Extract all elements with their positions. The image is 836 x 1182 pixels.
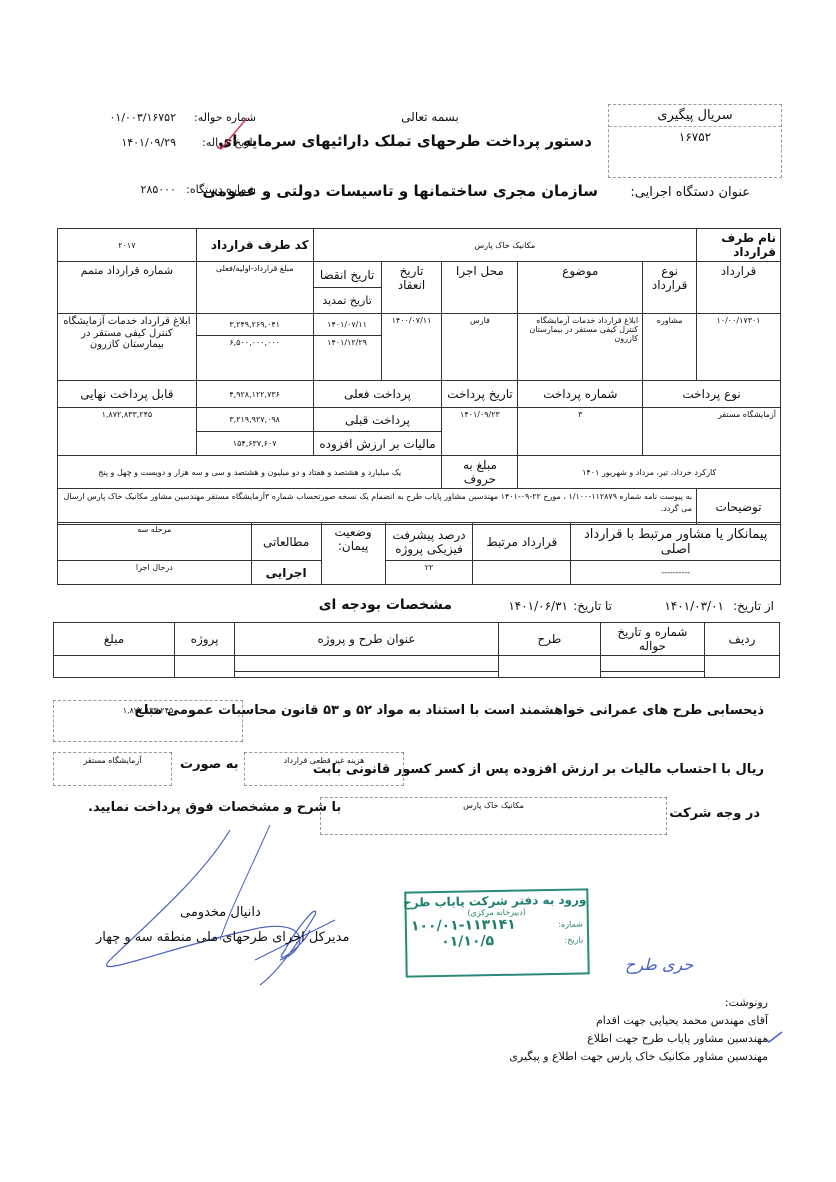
contract-type-value: مشاوره bbox=[643, 314, 697, 381]
progress-value: ۲۲ bbox=[385, 561, 473, 585]
vat-label: مالیات بر ارزش افزوده bbox=[313, 432, 442, 456]
contract-number-value: ۱۰/۰۰/۱۷۳۰۱ bbox=[697, 314, 781, 381]
period-from-label: از تاریخ: bbox=[733, 599, 774, 613]
previous-payment-value: ۳,۲۱۹,۹۲۷,۰۹۸ bbox=[196, 408, 313, 432]
cc-item-3: مهندسین مشاور مکانیک خاک پارس جهت اطلاع … bbox=[509, 1050, 768, 1063]
reason-box-value: هزینه غیر قطعی قرارداد bbox=[245, 753, 403, 765]
progress-label: درصد پیشرفت فیزیکی پروژه bbox=[385, 523, 473, 561]
receipt-stamp: ورود به دفتر شرکت پایاب طرح (دبیرخانه مر… bbox=[404, 888, 589, 977]
payment-date-label: تاریخ پرداخت bbox=[442, 381, 518, 408]
notes-label: توضیحات bbox=[697, 489, 781, 525]
exec-label: اجرایی bbox=[251, 561, 321, 585]
related-contract-value bbox=[473, 561, 571, 585]
budget-header-row-number: ردیف bbox=[705, 623, 780, 656]
as-label: به صورت bbox=[180, 757, 239, 772]
budget-cell bbox=[705, 656, 780, 678]
tracking-serial-box: سریال پیگیری ۱۶۷۵۲ bbox=[608, 104, 782, 178]
contract-type-label: نوع قرارداد bbox=[643, 262, 697, 314]
current-payment-label: پرداخت فعلی bbox=[313, 381, 442, 408]
budget-header-remittance: شماره و تاریخ حواله bbox=[600, 623, 704, 656]
party-code-value: ۲۰۱۷ bbox=[58, 229, 197, 262]
budget-table: ردیف شماره و تاریخ حواله طرح عنوان طرح و… bbox=[53, 622, 780, 678]
page-title: دستور پرداخت طرحهای تملک دارائیهای سرمای… bbox=[262, 132, 592, 150]
amount-initial-value: ۳,۲۴۹,۲۶۹,۰۴۱ bbox=[196, 314, 313, 336]
amount-box-value: ۱,۸۷۲,۸۳۳,۲۴۵ bbox=[54, 701, 242, 715]
study-label: مطالعاتی bbox=[251, 523, 321, 561]
progress-table: پیمانکار یا مشاور مرتبط با قرارداد اصلی … bbox=[57, 522, 781, 585]
budget-title: مشخصات بودجه ای bbox=[319, 597, 452, 613]
remittance-number-label: شماره حواله: bbox=[194, 111, 256, 124]
stamp-number-value: ۱۰۰/۰۱-۱۱۳۱۴۱ bbox=[411, 917, 516, 935]
as-box-value: آزمایشگاه مستقر bbox=[54, 753, 171, 765]
amount-words-value: یک میلیارد و هشتصد و هفتاد و دو میلیون و… bbox=[58, 456, 442, 489]
party-name-value: مکانیک خاک پارس bbox=[313, 229, 697, 262]
handwritten-note: حری طرح bbox=[625, 955, 693, 974]
related-contract-label: قرارداد مرتبط bbox=[473, 523, 571, 561]
party-code-label: کد طرف قرارداد bbox=[196, 229, 313, 262]
device-number-value: ۲۸۵۰۰۰ bbox=[141, 183, 176, 196]
payment-type-value: آزمایشگاه مستقر bbox=[643, 408, 781, 456]
contract-number-label: قرارداد bbox=[697, 262, 781, 314]
remittance-number-value: ۰۱/۰۰۳/۱۶۷۵۲ bbox=[110, 111, 177, 124]
contract-status-label: وضعیت پیمان: bbox=[321, 523, 385, 585]
tracking-serial-label: سریال پیگیری bbox=[609, 105, 781, 127]
budget-header-title: عنوان طرح و پروژه bbox=[235, 623, 499, 656]
budget-cell bbox=[600, 656, 704, 678]
amount-label: مبلغ قرارداد-اولیه/فعلی bbox=[196, 262, 313, 314]
period-to-label: تا تاریخ: bbox=[573, 599, 612, 613]
reason-box: هزینه غیر قطعی قرارداد bbox=[244, 752, 404, 786]
budget-cell bbox=[174, 656, 234, 678]
expiry-date-value: ۱۴۰۱/۰۷/۱۱ bbox=[313, 314, 381, 336]
body-line-3-suffix: با شرح و مشخصات فوق پرداخت نمایید. bbox=[88, 800, 341, 815]
stamp-number-label: شماره: bbox=[558, 919, 583, 928]
budget-cell bbox=[498, 656, 600, 678]
location-value: فارس bbox=[442, 314, 518, 381]
signatory-name: دانیال مخدومی bbox=[180, 905, 261, 920]
expiry-date-label: تاریخ انقضا bbox=[313, 262, 381, 288]
cc-label: رونوشت: bbox=[725, 996, 768, 1009]
period-from-value: ۱۴۰۱/۰۳/۰۱ bbox=[664, 599, 724, 613]
exec-value: درحال اجرا bbox=[58, 561, 252, 585]
amount-current-value: ۶,۵۰۰,۰۰۰,۰۰۰ bbox=[196, 336, 313, 381]
final-payable-label: قابل پرداخت نهایی bbox=[58, 381, 197, 408]
period-to-value: ۱۴۰۱/۰۶/۳۱ bbox=[508, 599, 568, 613]
payment-type-label: نوع پرداخت bbox=[643, 381, 781, 408]
study-value: مرحله سه bbox=[58, 523, 252, 561]
extension-date-label: تاریخ تمدید bbox=[313, 288, 381, 314]
stamp-date-label: تاریخ: bbox=[564, 935, 583, 944]
notes-value: به پیوست نامه شماره ۱۱۲۸۷۹-۱/۱۰۰ ، مورخ … bbox=[58, 489, 697, 525]
body-line-3-prefix: در وجه شرکت bbox=[669, 806, 760, 821]
company-box: مکانیک خاک پارس bbox=[320, 797, 667, 835]
supplement-label: شماره قرارداد متمم bbox=[58, 262, 197, 314]
cc-item-1: آقای مهندس محمد یحیایی جهت اقدام bbox=[596, 1014, 768, 1027]
bismillah: بسمه تعالی bbox=[370, 110, 490, 124]
signatory-title: مدیرکل اجرای طرحهای ملی منطقه سه و چهار bbox=[96, 930, 349, 945]
company-box-value: مکانیک خاک پارس bbox=[321, 798, 666, 810]
subject-value: ابلاغ قرارداد خدمات آزمایشگاه کنترل کیفی… bbox=[518, 314, 643, 381]
agency-name: سازمان مجری ساختمانها و تاسیسات دولتی و … bbox=[268, 182, 598, 200]
location-label: محل اجرا bbox=[442, 262, 518, 314]
stamp-line-1: ورود به دفتر شرکت پایاب طرح bbox=[406, 890, 586, 909]
work-period: کارکرد خرداد، تیر، مرداد و شهریور ۱۴۰۱ bbox=[518, 456, 781, 489]
payment-date-value: ۱۴۰۱/۰۹/۲۳ bbox=[442, 408, 518, 456]
contractor-label: پیمانکار یا مشاور مرتبط با قرارداد اصلی bbox=[571, 523, 781, 561]
contract-table: نام طرف قرارداد مکانیک خاک پارس کد طرف ق… bbox=[57, 228, 781, 525]
payment-number-value: ۳ bbox=[518, 408, 643, 456]
cc-item-2: مهندسین مشاور پایاب طرح جهت اطلاع bbox=[587, 1032, 768, 1045]
payment-number-label: شماره پرداخت bbox=[518, 381, 643, 408]
previous-payment-label: پرداخت قبلی bbox=[313, 408, 442, 432]
subject-label: موضوع bbox=[518, 262, 643, 314]
amount-box: ۱,۸۷۲,۸۳۳,۲۴۵ bbox=[53, 700, 243, 742]
stamp-date-value: ۰۱/۱۰/۵ bbox=[441, 933, 494, 950]
budget-header-amount: مبلغ bbox=[54, 623, 175, 656]
party-name-label: نام طرف قرارداد bbox=[697, 229, 781, 262]
final-payable-value: ۱,۸۷۲,۸۳۳,۲۴۵ bbox=[58, 408, 197, 456]
contractor-value: ---------- bbox=[571, 561, 781, 585]
amount-words-label: مبلغ به حروف bbox=[442, 456, 518, 489]
remittance-date-value: ۱۴۰۱/۰۹/۲۹ bbox=[121, 136, 176, 149]
sign-date-label: تاریخ انعقاد bbox=[381, 262, 442, 314]
agency-label: عنوان دستگاه اجرایی: bbox=[630, 185, 750, 200]
budget-cell bbox=[54, 656, 175, 678]
sign-date-value: ۱۴۰۰/۰۷/۱۱ bbox=[381, 314, 442, 381]
extension-date-value: ۱۴۰۱/۱۲/۲۹ bbox=[313, 336, 381, 381]
current-payment-value: ۴,۹۲۸,۱۲۲,۷۳۶ bbox=[196, 381, 313, 408]
supplement-value: ابلاغ قرارداد خدمات آزمایشگاه کنترل کیفی… bbox=[58, 314, 197, 381]
vat-value: ۱۵۴,۶۳۷,۶۰۷ bbox=[196, 432, 313, 456]
as-box: آزمایشگاه مستقر bbox=[53, 752, 172, 786]
budget-header-project: پروژه bbox=[174, 623, 234, 656]
tracking-serial-value: ۱۶۷۵۲ bbox=[609, 127, 781, 144]
remittance-date-label: تاریخ حواله: bbox=[202, 136, 256, 149]
budget-header-plan: طرح bbox=[498, 623, 600, 656]
budget-cell bbox=[235, 656, 499, 678]
